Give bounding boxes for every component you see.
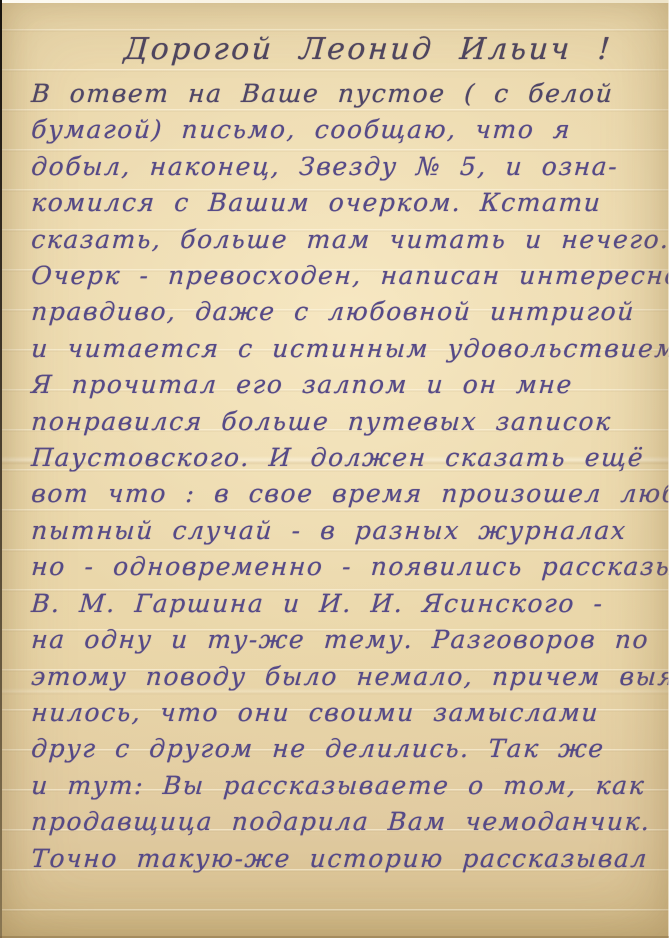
handwritten-line: на одну и ту-же тему. Разговоров по	[30, 622, 664, 658]
handwritten-line: этому поводу было немало, причем выяс-	[30, 659, 664, 695]
handwritten-line: продавщица подарила Вам чемоданчик.	[30, 804, 664, 840]
handwritten-line: сказать, больше там читать и нечего.	[30, 222, 664, 258]
handwritten-line: Точно такую-же историю рассказывал	[30, 841, 664, 877]
handwritten-line: и тут: Вы рассказываете о том, как	[30, 768, 664, 804]
handwritten-line: правдиво, даже с любовной интригой	[30, 294, 664, 330]
handwritten-line: Паустовского. И должен сказать ещё	[30, 440, 664, 476]
handwritten-line: В ответ на Ваше пустое ( с белой	[30, 76, 664, 112]
handwritten-line: Я прочитал его залпом и он мне	[30, 367, 664, 403]
letter-body: Дорогой Леонид Ильич ! В ответ на Ваше п…	[0, 24, 669, 877]
handwritten-line: пытный случай - в разных журналах	[30, 513, 664, 549]
salutation-line: Дорогой Леонид Ильич !	[122, 24, 665, 76]
letter-page: Дорогой Леонид Ильич ! В ответ на Ваше п…	[0, 0, 669, 938]
scan-edge-left	[0, 0, 2, 938]
handwritten-line: комился с Вашим очерком. Кстати	[30, 185, 664, 221]
scan-edge-top	[0, 0, 669, 3]
handwritten-line: В. М. Гаршина и И. И. Ясинского -	[30, 586, 664, 622]
handwritten-line: друг с другом не делились. Так же	[30, 731, 664, 767]
handwritten-line: Очерк - превосходен, написан интересно	[30, 258, 664, 294]
handwritten-line: и читается с истинным удовольствием.	[30, 331, 664, 367]
handwritten-line: нилось, что они своими замыслами	[30, 695, 664, 731]
handwritten-line: вот что : в свое время произошел любо-	[30, 476, 664, 512]
handwritten-line: бумагой) письмо, сообщаю, что я	[30, 112, 664, 148]
handwritten-line: но - одновременно - появились рассказы	[30, 549, 664, 585]
handwritten-line: понравился больше путевых записок	[30, 404, 664, 440]
handwritten-line: добыл, наконец, Звезду № 5, и озна-	[30, 149, 664, 185]
